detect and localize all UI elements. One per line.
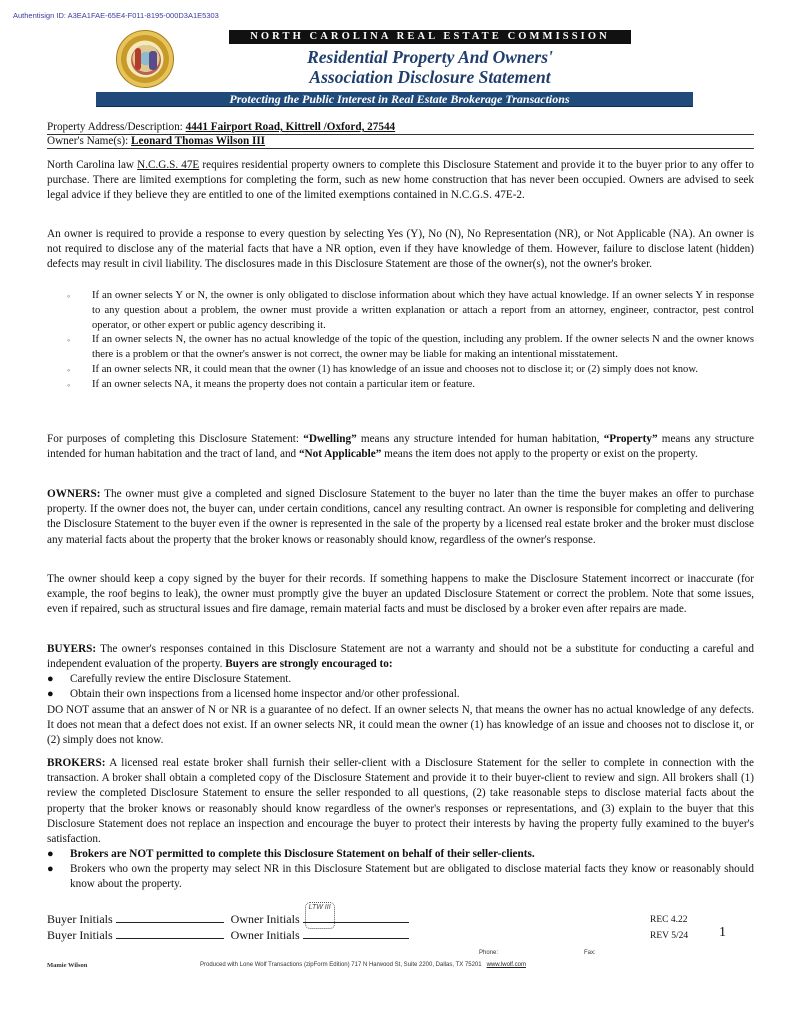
buyers-encourage: Buyers are strongly encouraged to:: [225, 658, 392, 670]
bullet-text: Brokers are NOT permitted to complete th…: [70, 848, 535, 860]
copy-paragraph: The owner should keep a copy signed by t…: [47, 572, 754, 618]
ncgs-link[interactable]: N.C.G.S. 47E: [137, 159, 199, 171]
buyer-initials-label: Buyer Initials: [47, 928, 113, 942]
bullet-icon: ●: [47, 847, 54, 862]
footer-agent-name: Mamie Wilson: [47, 962, 87, 969]
bullet-icon: ◦: [67, 378, 70, 393]
buyers-text: The owner's responses contained in this …: [47, 643, 754, 670]
list-item: ◦If an owner selects N, the owner has no…: [47, 333, 754, 363]
form-title-line2: Association Disclosure Statement: [229, 67, 631, 88]
owners-paragraph: OWNERS: The owner must give a completed …: [47, 487, 754, 548]
form-title-line1: Residential Property And Owners': [229, 47, 631, 68]
def-dwelling: “Dwelling”: [303, 433, 356, 445]
owner-initials-stamp: LTW III: [305, 902, 335, 929]
brokers-paragraph: BROKERS: A licensed real estate broker s…: [47, 756, 754, 847]
seal-figure-right: [149, 51, 157, 70]
intro-paragraph: North Carolina law N.C.G.S. 47E requires…: [47, 158, 754, 204]
address-value[interactable]: 4441 Fairport Road, Kittrell /Oxford, 27…: [186, 121, 396, 133]
list-item: ●Carefully review the entire Disclosure …: [47, 672, 754, 687]
owner-initials-label: Owner Initials: [231, 928, 300, 943]
list-item: ●Brokers who own the property may select…: [47, 862, 754, 892]
def-text: means the item does not apply to the pro…: [381, 448, 698, 460]
list-item: ●Obtain their own inspections from a lic…: [47, 687, 754, 702]
footer-produced-text: Produced with Lone Wolf Transactions (zi…: [200, 962, 482, 968]
intro-prefix: North Carolina law: [47, 159, 137, 171]
response-bullet-list: ◦If an owner selects Y or N, the owner i…: [47, 289, 754, 393]
list-item: ◦If an owner selects NR, it could mean t…: [47, 363, 754, 378]
bullet-icon: ◦: [67, 333, 70, 348]
owner-initials-label: Owner Initials: [231, 912, 300, 927]
footer-lwolf-link[interactable]: www.lwolf.com: [487, 962, 526, 968]
initials-row-1: Buyer Initials Owner InitialsLTW III: [47, 912, 409, 927]
authentisign-id: Authentisign ID: A3EA1FAE-65E4-F011-8195…: [13, 11, 219, 20]
footer-produced-by: Produced with Lone Wolf Transactions (zi…: [200, 962, 526, 968]
buyer-initials-field[interactable]: [116, 928, 224, 939]
list-item: ◦If an owner selects Y or N, the owner i…: [47, 289, 754, 333]
commission-banner: NORTH CAROLINA REAL ESTATE COMMISSION: [229, 30, 631, 44]
owner-name-field[interactable]: Owner's Name(s): Leonard Thomas Wilson I…: [47, 135, 754, 149]
bullet-text: If an owner selects NR, it could mean th…: [92, 364, 698, 375]
def-text: means any structure intended for human h…: [357, 433, 604, 445]
form-rec-number: REC 4.22: [650, 915, 687, 925]
buyers-warning: DO NOT assume that an answer of N or NR …: [47, 703, 754, 749]
def-text: For purposes of completing this Disclosu…: [47, 433, 303, 445]
initials-row-2: Buyer Initials Owner Initials: [47, 928, 409, 943]
bullet-icon: ●: [47, 687, 54, 702]
property-address-field[interactable]: Property Address/Description: 4441 Fairp…: [47, 121, 754, 135]
list-item: ◦If an owner selects NA, it means the pr…: [47, 378, 754, 393]
bullet-icon: ●: [47, 862, 54, 877]
brokers-bullet-list: ●Brokers are NOT permitted to complete t…: [47, 847, 754, 893]
buyers-bullet-list: ●Carefully review the entire Disclosure …: [47, 672, 754, 702]
bullet-text: If an owner selects N, the owner has no …: [92, 334, 754, 360]
tagline-banner: Protecting the Public Interest in Real E…: [96, 92, 693, 107]
footer-fax-label: Fax:: [584, 950, 596, 956]
bullet-text: Obtain their own inspections from a lice…: [70, 688, 460, 700]
brokers-text: A licensed real estate broker shall furn…: [47, 757, 754, 845]
buyer-initials-label: Buyer Initials: [47, 912, 113, 926]
def-not-applicable: “Not Applicable”: [299, 448, 381, 460]
def-property: “Property”: [604, 433, 658, 445]
definitions-paragraph: For purposes of completing this Disclosu…: [47, 432, 754, 462]
bullet-text: If an owner selects NA, it means the pro…: [92, 379, 475, 390]
bullet-icon: ◦: [67, 289, 70, 304]
owner-label: Owner's Name(s):: [47, 135, 131, 147]
buyers-heading: BUYERS:: [47, 643, 96, 655]
nc-state-seal-icon: [116, 30, 174, 88]
owner-initials-field[interactable]: [303, 928, 409, 939]
bullet-text: Brokers who own the property may select …: [70, 863, 754, 890]
owner-initials-field[interactable]: LTW III: [303, 912, 409, 923]
response-paragraph: An owner is required to provide a respon…: [47, 227, 754, 273]
owners-text: The owner must give a completed and sign…: [47, 488, 754, 546]
owners-heading: OWNERS:: [47, 488, 100, 500]
footer-phone-label: Phone:: [479, 950, 498, 956]
bullet-icon: ●: [47, 672, 54, 687]
brokers-heading: BROKERS:: [47, 757, 105, 769]
bullet-text: Carefully review the entire Disclosure S…: [70, 673, 291, 685]
list-item: ●Brokers are NOT permitted to complete t…: [47, 847, 754, 862]
address-label: Property Address/Description:: [47, 121, 186, 133]
buyer-initials-field[interactable]: [116, 912, 224, 923]
owner-value[interactable]: Leonard Thomas Wilson III: [131, 135, 265, 147]
bullet-icon: ◦: [67, 363, 70, 378]
seal-figure-left: [135, 48, 141, 70]
bullet-text: If an owner selects Y or N, the owner is…: [92, 290, 754, 331]
buyers-paragraph: BUYERS: The owner's responses contained …: [47, 642, 754, 672]
form-revision: REV 5/24: [650, 931, 688, 941]
page-number: 1: [719, 925, 726, 941]
